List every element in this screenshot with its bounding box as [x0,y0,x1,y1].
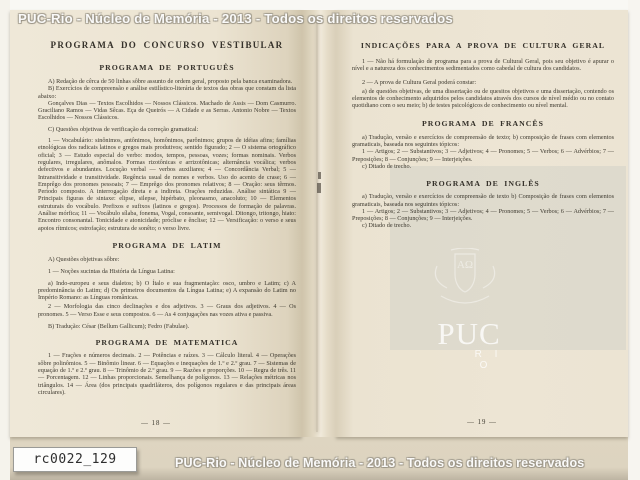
heading-matematica: PROGRAMA DE MATEMATICA [38,338,296,347]
latim-para-b: B) Tradução: César (Bellum Gallicum); Fe… [38,323,296,330]
cultura-item1: 1 — Não há formulação de programa para a… [352,58,614,73]
ingles-para-ab: a) Tradução, versão e exercícios de comp… [352,193,614,208]
rio-watermark-text: R I O [466,349,506,371]
portugues-para-c: C) Questões objetivas de verificação da … [38,126,296,133]
spine-speck [318,172,321,179]
frances-para-c: c) Ditado de trecho. [352,163,614,170]
heading-latim: PROGRAMA DE LATIM [38,241,296,250]
ingles-para-c: c) Ditado de trecho. [352,222,614,229]
latim-item1: 1 — Noções sucintas da História da Língu… [38,268,296,275]
latim-items-2-6: 2 — Morfologia das cinco declinações e d… [38,303,296,318]
scan-right-margin [628,0,640,480]
puc-crest-watermark: ΑΩ [427,248,503,316]
left-page-content: PROGRAMA DO CONCURSO VESTIBULAR PROGRAMA… [38,40,296,396]
book-spine-fold-line [316,16,318,432]
page-number-19: — 19 — [336,419,628,426]
portugues-para-a: A) Redação de cêrca de 50 linhas sôbre a… [38,78,296,85]
book-spine [302,10,336,437]
latim-para-a: A) Questões objetivas sôbre: [38,256,296,263]
right-page-content: INDICAÇÕES PARA A PROVA DE CULTURA GERAL… [352,41,614,230]
heading-ingles: PROGRAMA DE INGLÊS [352,179,614,188]
cultura-item2-details: a) de questões objetivas, de uma dissert… [352,88,614,110]
cultura-item2: 2 — A prova de Cultura Geral poderá cons… [352,79,614,86]
crest-alpha-omega: ΑΩ [457,259,473,271]
heading-cultura-geral: INDICAÇÕES PARA A PROVA DE CULTURA GERAL [352,41,614,50]
copyright-banner-bottom: PUC-Rio - Núcleo de Memória - 2013 - Tod… [175,456,584,470]
frances-topics: 1 — Artigos; 2 — Substantivos; 3 — Adjet… [352,148,614,163]
heading-frances: PROGRAMA DE FRANCÊS [352,119,614,128]
spine-speck [317,183,321,193]
archive-reference-label: rc0022_129 [13,447,137,472]
ingles-topics: 1 — Artigos; 2 — Substantivos; 3 — Adjet… [352,208,614,223]
frances-para-ab: a) Tradução, versão e exercícios de comp… [352,134,614,149]
scan-left-margin [0,0,10,480]
puc-watermark-text: PUC [433,318,505,349]
latim-subitems: a) Indo-europeu e seus dialetos; b) O Ít… [38,280,296,302]
heading-portugues: PROGRAMA DE PORTUGUÊS [38,63,296,72]
scanned-photo: ΑΩ PUC R I O PROGRAMA DO CONCURSO VESTIB… [0,0,640,480]
portugues-topics: 1 — Vocabulário: sinônimos, antônimos, h… [38,137,296,232]
portugues-reading-list: Gonçalves Dias — Textos Escolhidos — Nos… [38,100,296,122]
scan-top-margin [0,0,640,10]
portugues-para-b: B) Exercícios de compreensão e análise e… [38,85,296,100]
copyright-banner-top: PUC-Rio - Núcleo de Memória - 2013 - Tod… [18,11,453,26]
page-number-18: — 18 — [10,420,302,427]
matematica-topics: 1 — Frações e números decimais. 2 — Potê… [38,352,296,396]
document-title: PROGRAMA DO CONCURSO VESTIBULAR [38,40,296,50]
